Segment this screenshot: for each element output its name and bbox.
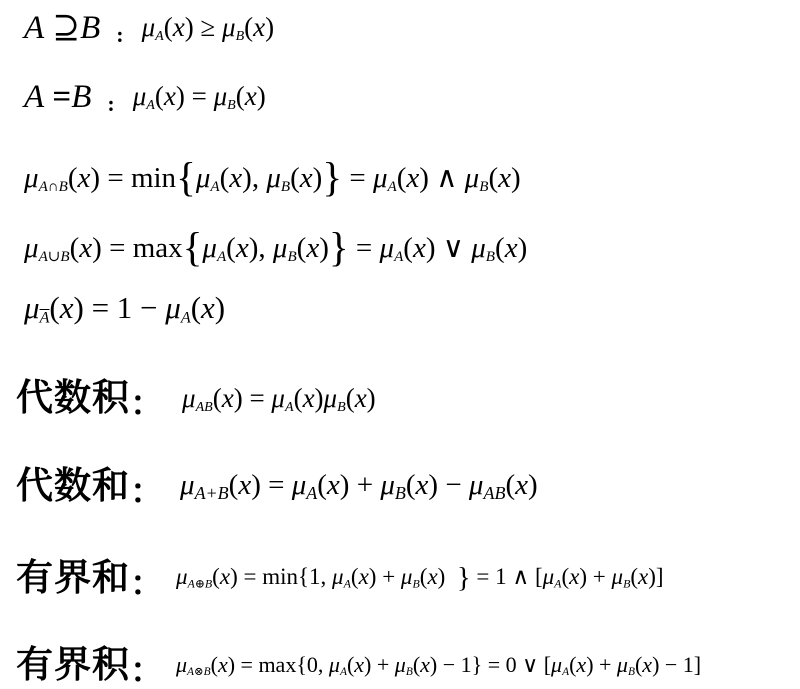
math-token: ) −	[428, 469, 469, 501]
subscript: A	[285, 399, 294, 415]
union-membership-formula: μA∪B(x) = max{μA(x), μB(x)} = μA(x) ∨ μB…	[24, 223, 527, 272]
math-token: μ	[332, 564, 344, 589]
math-token: ) +	[586, 652, 617, 677]
subscript: A	[388, 179, 397, 195]
complement-membership-formula: μA(x) = 1 − μA(x)	[24, 289, 225, 328]
math-token: B	[80, 10, 100, 46]
math-token: μ	[133, 81, 147, 111]
math-token: (	[495, 232, 505, 264]
math-token: (	[351, 564, 359, 589]
math-token: ) ∧	[419, 162, 464, 194]
math-token: ),	[249, 232, 273, 264]
intersection-membership-formula: μA∩B(x) = min{μA(x), μB(x)} = μA(x) ∧ μB…	[24, 153, 521, 202]
math-token: A	[24, 10, 44, 46]
math-token: ) − 1]	[652, 652, 701, 677]
subscript: B	[486, 249, 495, 265]
subscript: A	[344, 577, 351, 591]
math-token: }	[322, 154, 342, 200]
superset-relation-label: A ⊇B	[24, 10, 100, 46]
math-token: μ	[373, 162, 388, 194]
math-token: x	[515, 469, 528, 501]
subscript: B	[281, 179, 290, 195]
subscript: B	[236, 28, 245, 44]
union-membership-row: μA∪B(x) = max{μA(x), μB(x)} = μA(x) ∨ μB…	[24, 223, 527, 272]
bounded-sum-row: 有界和：μA⊕B(x) = min{1, μA(x) + μB(x) } = 1…	[16, 554, 664, 603]
math-token: (	[49, 290, 59, 325]
math-token: (	[290, 162, 300, 194]
bounded-sum-colon: ：	[130, 556, 164, 605]
math-token: μ	[176, 652, 187, 677]
equality-relation-row: A =B:μA(x) = μB(x)	[24, 79, 266, 115]
math-token: (	[191, 290, 201, 325]
subscript: B	[412, 577, 419, 591]
math-token: (	[68, 162, 78, 194]
math-token: x	[505, 232, 518, 264]
math-token: μ	[222, 12, 236, 42]
math-token: x	[245, 81, 257, 111]
math-token: (	[505, 469, 515, 501]
math-token: ),	[242, 162, 266, 194]
math-token: ) = 1 −	[74, 290, 166, 325]
math-token: (	[294, 383, 303, 413]
formula-slide: A ⊇B:μA(x) ≥ μB(x)A =B:μA(x) = μB(x)μA∩B…	[0, 0, 800, 689]
math-token: )	[438, 564, 457, 589]
math-token: μ	[380, 232, 395, 264]
math-token: x	[253, 12, 265, 42]
math-token: x	[300, 162, 313, 194]
subscript: B	[227, 97, 236, 113]
math-token: μ	[214, 81, 228, 111]
math-token: μ	[165, 290, 181, 325]
math-token: )	[319, 232, 329, 264]
math-token: (	[164, 12, 173, 42]
math-token: x	[642, 652, 652, 677]
math-token: x	[201, 290, 215, 325]
complement-membership-row: μA(x) = 1 − μA(x)	[24, 289, 225, 328]
superset-relation-row: A ⊇B:μA(x) ≥ μB(x)	[24, 10, 274, 46]
equality-relation-label: A =B	[24, 79, 91, 115]
algebraic-product-formula: μAB(x) = μA(x)μB(x)	[182, 382, 376, 416]
subscript: A	[155, 28, 164, 44]
subscript: B	[628, 666, 635, 678]
math-token: ) =	[90, 162, 131, 194]
subscript: A	[340, 666, 347, 678]
math-token: μ	[182, 383, 196, 413]
math-token: )	[511, 162, 521, 194]
math-token: ) =	[228, 652, 259, 677]
math-token: (	[488, 162, 498, 194]
math-token: (	[236, 81, 245, 111]
math-token: ) +	[340, 469, 381, 501]
math-token: μ	[24, 232, 39, 264]
subscript: A⊗B	[187, 666, 211, 678]
math-token: (	[213, 383, 222, 413]
math-token: x	[222, 383, 234, 413]
math-token: (	[244, 12, 253, 42]
math-token: (	[397, 162, 407, 194]
math-token: x	[220, 564, 230, 589]
math-token: )	[313, 162, 323, 194]
math-token: ) =	[251, 469, 292, 501]
math-token: B	[71, 79, 91, 115]
math-token: μ	[266, 162, 281, 194]
math-token: =	[349, 232, 380, 264]
math-token: μ	[380, 469, 395, 501]
math-token: )	[215, 290, 225, 325]
math-token: min	[262, 564, 298, 589]
subscript: A	[181, 310, 191, 327]
subscript: A∪B	[39, 249, 70, 265]
algebraic-sum-row: 代数和：μA+B(x) = μA(x) + μB(x) − μAB(x)	[16, 462, 538, 511]
subscript: A	[210, 179, 219, 195]
subscript: B	[395, 483, 406, 503]
math-token: }	[329, 224, 349, 270]
math-token: μ	[324, 383, 338, 413]
math-token: x	[60, 290, 74, 325]
math-token: (	[155, 81, 164, 111]
math-token: ) ≥	[185, 12, 222, 42]
math-token: (	[406, 469, 416, 501]
math-token: ) =	[176, 81, 214, 111]
intersection-membership-row: μA∩B(x) = min{μA(x), μB(x)} = μA(x) ∧ μB…	[24, 153, 521, 202]
algebraic-sum-formula: μA+B(x) = μA(x) + μB(x) − μAB(x)	[180, 468, 538, 505]
math-token: x	[327, 469, 340, 501]
math-token: μ	[543, 564, 555, 589]
math-token: x	[355, 383, 367, 413]
math-token: μ	[329, 652, 340, 677]
subscript: AB	[483, 483, 505, 503]
math-token: (	[226, 232, 236, 264]
subscript: A⊕B	[188, 577, 213, 591]
math-token: μ	[196, 162, 211, 194]
bounded-product-row: 有界积：μA⊗B(x) = max{0, μA(x) + μB(x) − 1} …	[16, 641, 701, 689]
math-token: x	[236, 232, 249, 264]
math-token: max	[133, 232, 183, 264]
math-token: μ	[401, 564, 413, 589]
bounded-sum-formula: μA⊕B(x) = min{1, μA(x) + μB(x) } = 1 ∧ […	[176, 561, 664, 596]
subscript: A	[146, 97, 155, 113]
superset-relation-colon: :	[116, 22, 123, 48]
math-token: = 1 ∧ [	[471, 564, 543, 589]
math-token: x	[359, 564, 369, 589]
math-token: ) =	[234, 383, 272, 413]
math-token: )	[367, 383, 376, 413]
math-token: (	[70, 232, 80, 264]
math-token: ) ∨	[426, 232, 471, 264]
math-token: x	[78, 162, 91, 194]
math-token: x	[238, 469, 251, 501]
math-token: (	[561, 564, 569, 589]
math-token: }	[457, 562, 471, 594]
math-token: ) =	[230, 564, 262, 589]
superset-relation-formula: μA(x) ≥ μB(x)	[142, 11, 275, 45]
math-token: (	[212, 564, 220, 589]
algebraic-product-colon: ：	[130, 376, 164, 425]
math-token: μ	[202, 232, 217, 264]
math-token: {1,	[298, 564, 332, 589]
math-token: ) − 1} = 0 ∨ [	[430, 652, 551, 677]
math-token: x	[413, 232, 426, 264]
subscript: A	[40, 310, 50, 327]
math-token: (	[403, 232, 413, 264]
subscript: A+B	[195, 483, 229, 503]
algebraic-sum-label: 代数和	[16, 465, 130, 508]
math-token: )	[518, 232, 528, 264]
math-token: μ	[292, 469, 307, 501]
math-token: =	[44, 79, 71, 115]
math-token: x	[164, 81, 176, 111]
math-token: min	[131, 162, 176, 194]
math-token: (	[229, 469, 239, 501]
math-token: μ	[142, 12, 156, 42]
math-token: μ	[395, 652, 406, 677]
bounded-product-formula: μA⊗B(x) = max{0, μA(x) + μB(x) − 1} = 0 …	[176, 652, 701, 680]
subscript: B	[406, 666, 413, 678]
subscript: B	[337, 399, 346, 415]
math-token: x	[79, 232, 92, 264]
math-token: x	[427, 564, 437, 589]
math-token: x	[354, 652, 364, 677]
math-token: μ	[24, 162, 39, 194]
math-token: ) +	[369, 564, 401, 589]
math-token: (	[211, 652, 218, 677]
math-token: )]	[648, 564, 663, 589]
equality-relation-colon: :	[107, 91, 114, 117]
math-token: ) +	[364, 652, 395, 677]
math-token: )	[315, 383, 324, 413]
math-token: )	[257, 81, 266, 111]
subscript: AB	[196, 399, 213, 415]
algebraic-product-row: 代数积：μAB(x) = μA(x)μB(x)	[16, 374, 376, 423]
math-token: ) +	[579, 564, 611, 589]
math-token: μ	[273, 232, 288, 264]
math-token: x	[303, 383, 315, 413]
bounded-product-label: 有界积	[16, 644, 130, 687]
math-token: μ	[24, 290, 40, 325]
math-token: )	[528, 469, 538, 501]
math-token: μ	[176, 564, 188, 589]
math-token: =	[342, 162, 373, 194]
math-token: A	[24, 79, 44, 115]
math-token: x	[498, 162, 511, 194]
subscript: A∩B	[39, 179, 68, 195]
math-token: (	[297, 232, 307, 264]
math-token: (	[317, 469, 327, 501]
math-token: μ	[469, 469, 484, 501]
math-token: (	[220, 162, 230, 194]
math-token: ⊇	[44, 10, 80, 46]
bounded-product-colon: ：	[130, 643, 164, 689]
math-token: (	[630, 564, 638, 589]
math-token: μ	[180, 469, 195, 501]
math-token: μ	[551, 652, 562, 677]
math-token: )	[265, 12, 274, 42]
math-token: x	[420, 652, 430, 677]
math-token: μ	[612, 564, 624, 589]
equality-relation-formula: μA(x) = μB(x)	[133, 80, 266, 114]
math-token: (	[346, 383, 355, 413]
math-token: max	[258, 652, 296, 677]
algebraic-product-label: 代数积	[16, 377, 130, 420]
bounded-sum-label: 有界和	[16, 557, 130, 600]
math-token: {0,	[296, 652, 329, 677]
math-token: x	[306, 232, 319, 264]
subscript: A	[217, 249, 226, 265]
math-token: {	[183, 224, 203, 270]
math-token: x	[569, 564, 579, 589]
math-token: {	[176, 154, 196, 200]
math-token: x	[638, 564, 648, 589]
algebraic-sum-colon: ：	[130, 464, 164, 513]
math-token: x	[416, 469, 429, 501]
math-token: x	[576, 652, 586, 677]
math-token: x	[218, 652, 228, 677]
subscript: A	[306, 483, 317, 503]
math-token: μ	[271, 383, 285, 413]
math-token: μ	[617, 652, 628, 677]
math-token: x	[406, 162, 419, 194]
subscript: A	[394, 249, 403, 265]
math-token: μ	[471, 232, 486, 264]
math-token: ) =	[92, 232, 133, 264]
math-token: x	[173, 12, 185, 42]
math-token: μ	[465, 162, 480, 194]
math-token: x	[229, 162, 242, 194]
subscript: B	[287, 249, 296, 265]
